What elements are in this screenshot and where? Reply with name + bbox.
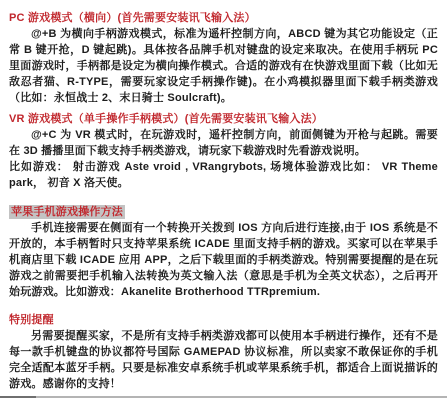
- paragraph-vr-game-examples: 比如游戏： 射击游戏 Aste vroid , VRangrybots, 场境体…: [9, 159, 438, 191]
- page-bottom-edge-dark-segment: [0, 396, 36, 398]
- paragraph-apple-method: 手机连接需要在侧面有一个转换开关拨到 IOS 方向后进行连接,由于 IOS 系统…: [9, 220, 438, 300]
- section-heading-apple-method: 苹果手机游戏操作方法: [9, 204, 438, 220]
- page-bottom-edge-line: [0, 396, 447, 398]
- section-heading-vr-mode: VR 游戏模式（单手操作手柄模式）(首先需要安装讯飞输入法）: [9, 111, 438, 127]
- paragraph-special-notice: 另需要提醒买家，不是所有支持手柄类游戏都可以使用本手柄进行操作，还有不是每一款手…: [9, 328, 438, 392]
- document-page: PC 游戏模式（横向）(首先需要安装讯飞输入法） @+B 为横向手柄游戏模式，标…: [0, 0, 447, 400]
- section-heading-special-notice: 特别提醒: [9, 312, 438, 328]
- paragraph-pc-mode: @+B 为横向手柄游戏模式，标准为遥杆控制方向，ABCD 键为其它功能设定（正常…: [9, 26, 438, 106]
- section-heading-pc-mode: PC 游戏模式（横向）(首先需要安装讯飞输入法）: [9, 10, 438, 26]
- paragraph-vr-mode: @+C 为 VR 模式时，在玩游戏时，遥杆控制方向，前面侧键为开枪与起跳。需要在…: [9, 127, 438, 159]
- highlighted-heading-text: 苹果手机游戏操作方法: [9, 205, 125, 219]
